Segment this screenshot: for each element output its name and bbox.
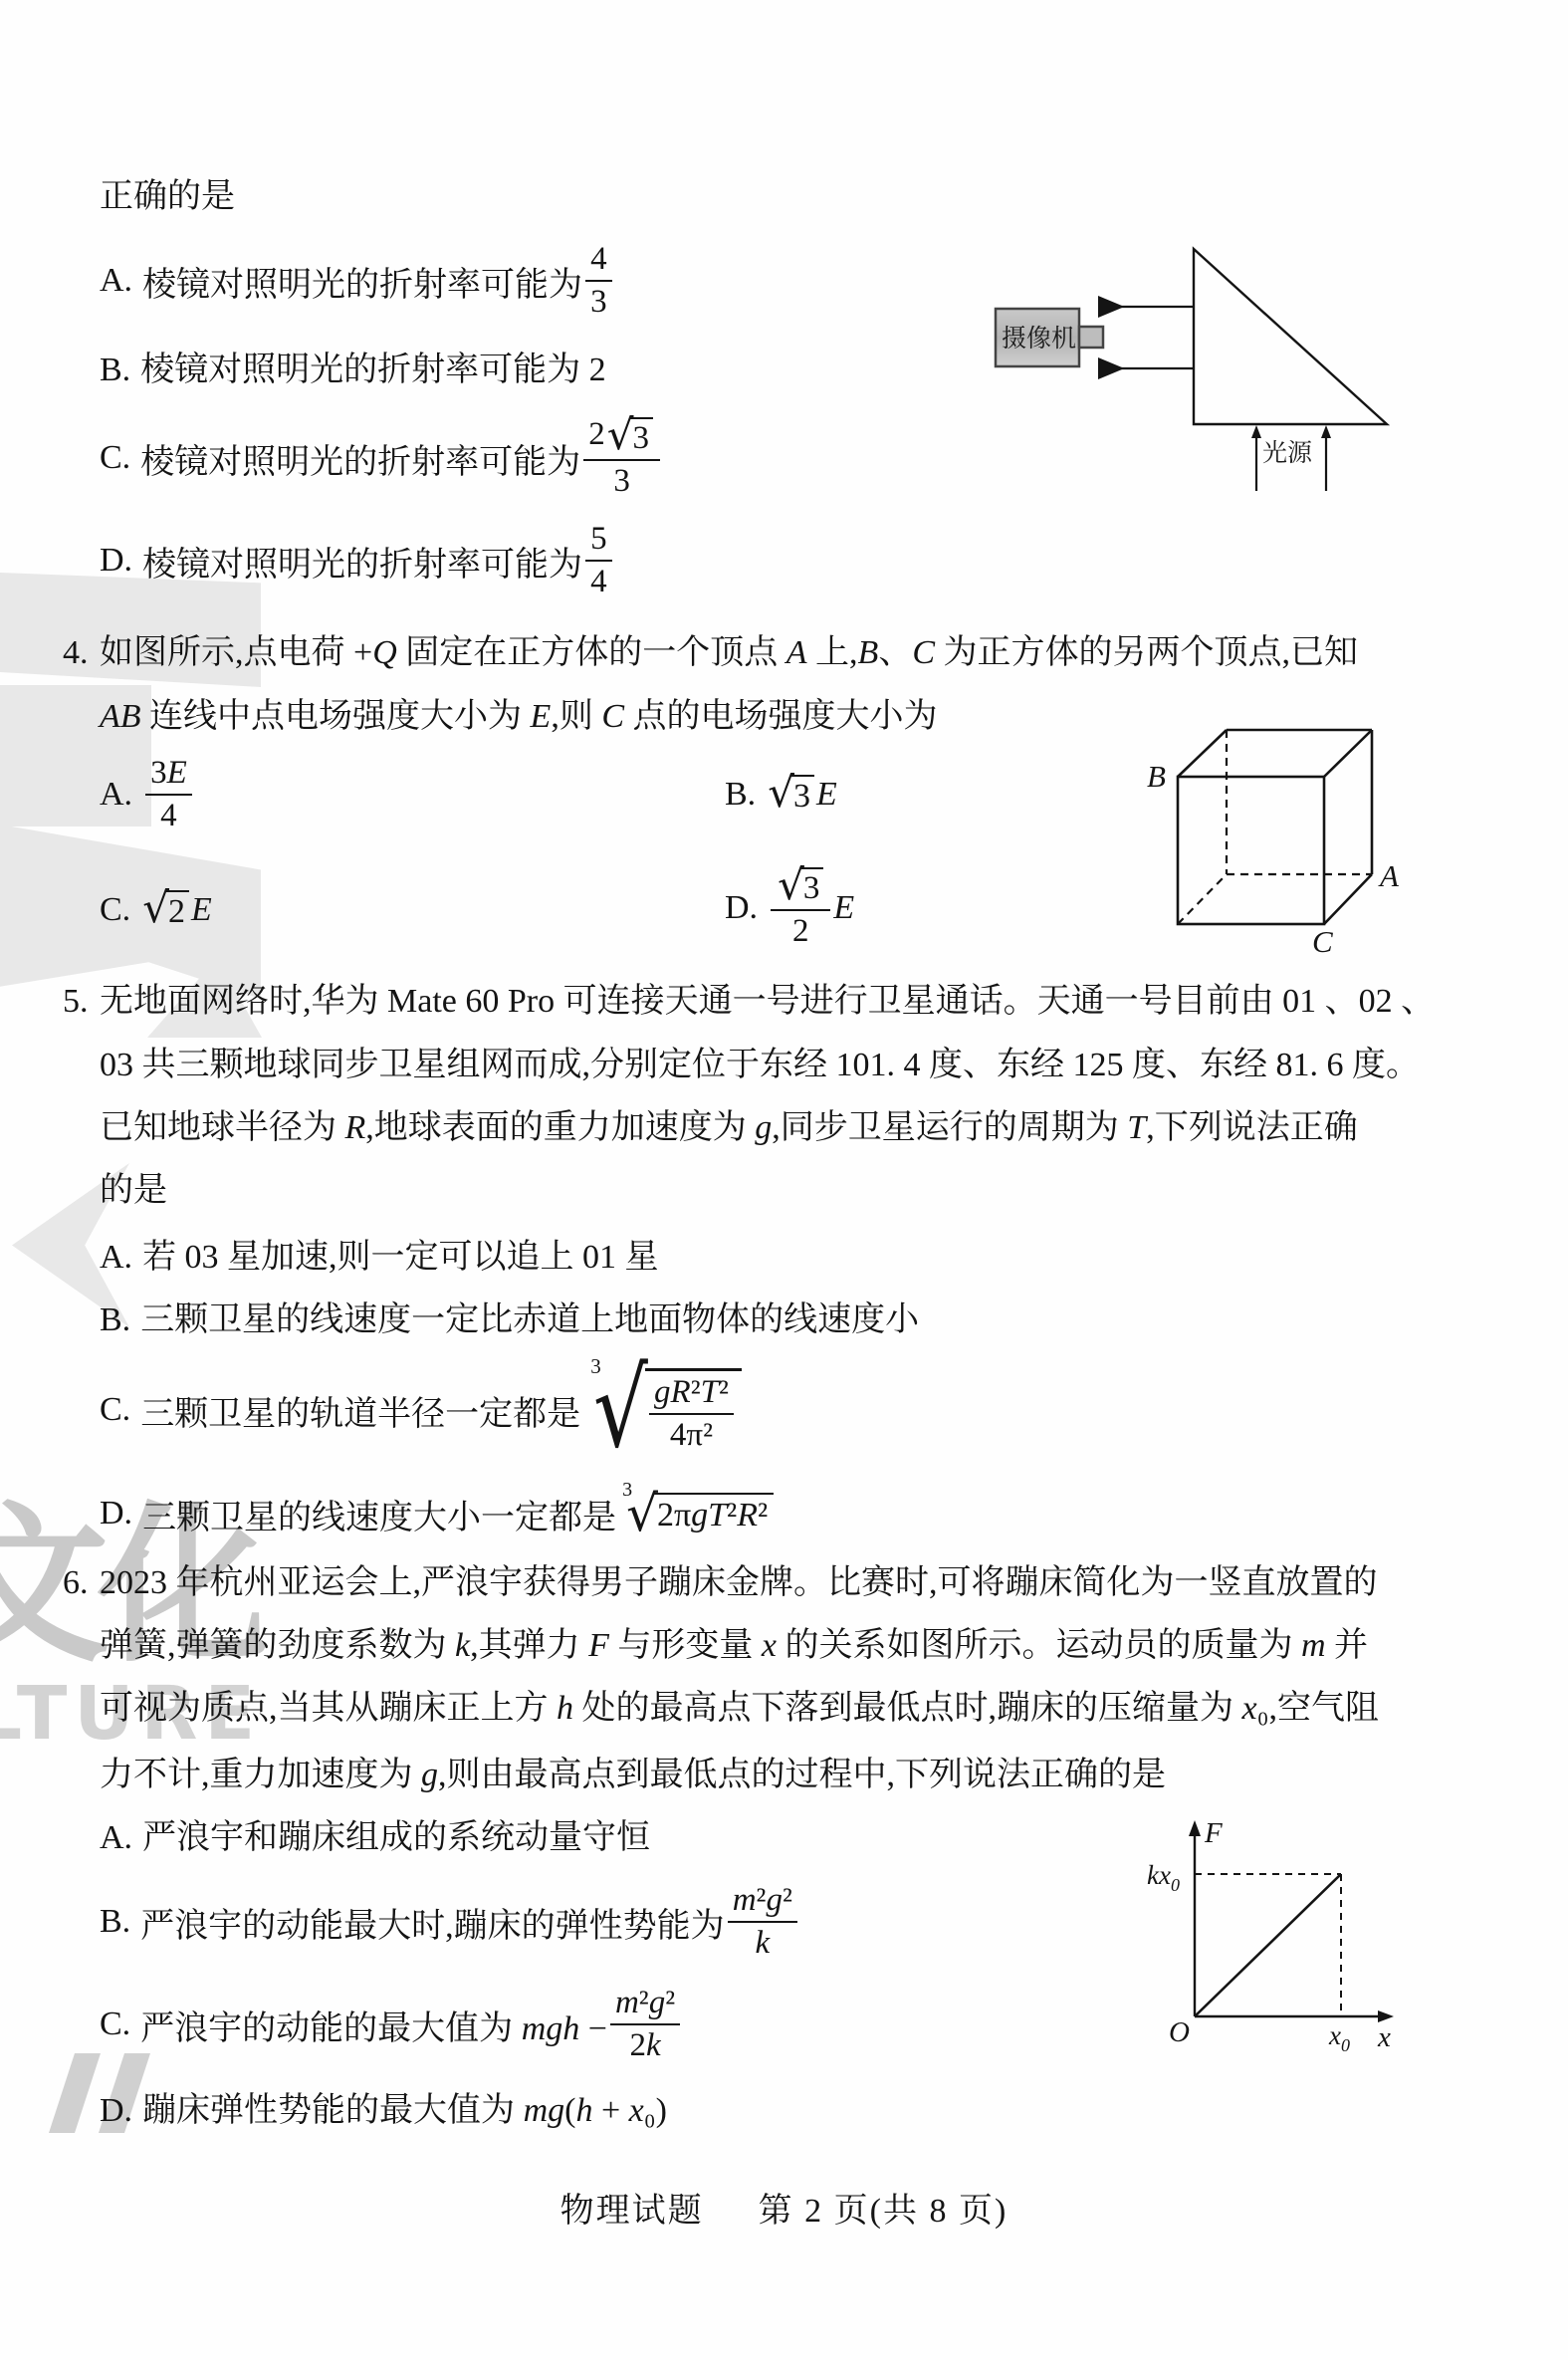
fraction: 43	[585, 242, 612, 319]
option-label: D.	[100, 542, 132, 580]
watermark-fragment-1	[49, 2053, 101, 2133]
q6-number: 6.	[63, 1563, 89, 1604]
page-footer: 物理试题 第 2 页(共 8 页)	[0, 2183, 1568, 2232]
q5-text-line1: 无地面网络时,华为 Mate 60 Pro 可连接天通一号进行卫星通话。天通一号…	[100, 982, 1435, 1023]
exam-page: 文化 LTURE 正确的是 A. 棱镜对照明光的折射率可能为43 B.棱镜对照明…	[0, 0, 1568, 2360]
q4-text-line2: AB 连线中点电场强度大小为 E,则 C 点的电场强度大小为	[100, 697, 938, 738]
option-text: 三颗卫星的线速度大小一定都是	[142, 1490, 616, 1538]
cube-root-formula: 3√2πgT²R²	[626, 1493, 774, 1534]
q6-text-line3: 可视为质点,当其从蹦床正上方 h 处的最高点下落到最低点时,蹦床的压缩量为 x₀…	[100, 1689, 1379, 1730]
option-label: C.	[100, 439, 130, 477]
q6-text-line2: 弹簧,弹簧的劲度系数为 k,其弹力 F 与形变量 x 的关系如图所示。运动员的质…	[100, 1626, 1368, 1667]
radical: √2	[142, 890, 189, 930]
option-label: B.	[725, 776, 756, 814]
radical: √3	[768, 775, 814, 815]
option-label: D.	[725, 889, 758, 927]
option-label: A.	[100, 1239, 132, 1276]
q4-figure-cube: B A C	[1135, 687, 1434, 966]
q6-option-c: C. 严浪宇的动能的最大值为 mgh −m²g²2k	[100, 1981, 683, 2068]
option-text: 棱镜对照明光的折射率可能为	[140, 434, 580, 483]
q6-text-line4: 力不计,重力加速度为 g,则由最高点到最低点的过程中,下列说法正确的是	[100, 1756, 1166, 1796]
y-axis-arrow	[1189, 1820, 1201, 1836]
y-mark-label: kx0	[1147, 1860, 1180, 1895]
q6-option-b: B. 严浪宇的动能最大时,蹦床的弹性势能为m²g²k	[100, 1878, 800, 1966]
q5-option-b: B.三颗卫星的线速度一定比赤道上地面物体的线速度小	[100, 1300, 919, 1341]
fraction: √32	[771, 867, 830, 948]
q3-figure-prism-camera: 摄像机 光源	[976, 224, 1404, 493]
option-text: 棱镜对照明光的折射率可能为 2	[140, 352, 606, 388]
fraction: 54	[585, 522, 612, 598]
option-label: B.	[100, 1301, 130, 1338]
option-label: C.	[100, 1391, 130, 1429]
fraction: m²g²2k	[610, 1986, 680, 2062]
light-arrow-2-head	[1321, 425, 1331, 438]
light-source-label: 光源	[1262, 439, 1313, 467]
q5-text-line4: 的是	[100, 1171, 167, 1212]
q6-option-a: A.严浪宇和蹦床组成的系统动量守恒	[100, 1818, 650, 1859]
option-label: D.	[100, 2092, 132, 2129]
fraction: 2√33	[583, 417, 660, 498]
footer-page-number: 第 2 页(共 8 页)	[759, 2193, 1008, 2230]
option-label: A.	[100, 776, 132, 814]
cube-root-formula: 3√gR²T²4π²	[590, 1362, 742, 1458]
q4-option-b: B.√3E	[725, 767, 837, 823]
option-label: B.	[100, 1903, 130, 1941]
q3-option-b: B.棱镜对照明光的折射率可能为 2	[100, 351, 606, 391]
q5-text-line3: 已知地球半径为 R,地球表面的重力加速度为 g,同步卫星运行的周期为 T,下列说…	[100, 1108, 1358, 1149]
option-label: C.	[100, 891, 130, 929]
option-label: D.	[100, 1495, 132, 1533]
option-label: C.	[100, 2006, 130, 2043]
light-arrow-1-head	[1251, 425, 1261, 438]
cube-vertex-a: A	[1378, 858, 1400, 893]
q3-intro: 正确的是	[100, 177, 235, 218]
q5-option-a: A.若 03 星加速,则一定可以追上 01 星	[100, 1238, 659, 1279]
q4-text-line1: 如图所示,点电荷 +Q 固定在正方体的一个顶点 A 上,B、C 为正方体的另两个…	[100, 633, 1358, 674]
option-text: 棱镜对照明光的折射率可能为	[142, 257, 582, 306]
q3-option-a: A. 棱镜对照明光的折射率可能为43	[100, 239, 615, 323]
fraction: 3E4	[145, 756, 192, 832]
camera-lens	[1079, 327, 1103, 348]
option-text: 严浪宇的动能最大时,蹦床的弹性势能为	[140, 1898, 725, 1947]
q3-option-d: D. 棱镜对照明光的折射率可能为54	[100, 519, 615, 602]
option-label: A.	[100, 262, 132, 300]
fraction: m²g²k	[728, 1883, 797, 1960]
q4-option-d: D.√32E	[725, 866, 854, 950]
q5-number: 5.	[63, 982, 89, 1023]
option-text: 严浪宇的动能的最大值为 mgh −	[140, 2001, 607, 2049]
option-label: B.	[100, 352, 130, 388]
prism-triangle	[1194, 249, 1387, 424]
q6-text-line1: 2023 年杭州亚运会上,严浪宇获得男子蹦床金牌。比赛时,可将蹦床简化为一竖直放…	[100, 1563, 1378, 1604]
x-axis-label: x	[1377, 2021, 1391, 2051]
q6-figure-graph: F x O kx0 x0	[1145, 1802, 1414, 2051]
q5-option-c: C. 三颗卫星的轨道半径一定都是 3√gR²T²4π²	[100, 1352, 742, 1468]
q4-option-a: A.3E4	[100, 753, 195, 836]
x-mark-label: x0	[1328, 2020, 1350, 2051]
camera-label: 摄像机	[1002, 325, 1076, 353]
cube-vertex-c: C	[1312, 924, 1333, 959]
q3-option-c: C. 棱镜对照明光的折射率可能为2√33	[100, 411, 663, 505]
q4-number: 4.	[63, 633, 89, 674]
footer-title: 物理试题	[560, 2193, 704, 2230]
option-label: A.	[100, 1819, 132, 1856]
cube-vertex-b: B	[1147, 759, 1166, 794]
option-text: 三颗卫星的轨道半径一定都是	[140, 1386, 580, 1435]
force-line	[1195, 1874, 1341, 2016]
q6-option-d: D.蹦床弹性势能的最大值为 mg(h + x₀)	[100, 2091, 667, 2132]
option-text: 棱镜对照明光的折射率可能为	[142, 537, 582, 586]
origin-label: O	[1169, 2016, 1190, 2048]
q5-option-d: D. 三颗卫星的线速度大小一定都是 3√2πgT²R²	[100, 1482, 776, 1545]
q5-text-line2: 03 共三颗地球同步卫星组网而成,分别定位于东经 101. 4 度、东经 125…	[100, 1046, 1420, 1086]
y-axis-label: F	[1204, 1817, 1223, 1849]
q4-option-c: C.√2E	[100, 882, 212, 938]
